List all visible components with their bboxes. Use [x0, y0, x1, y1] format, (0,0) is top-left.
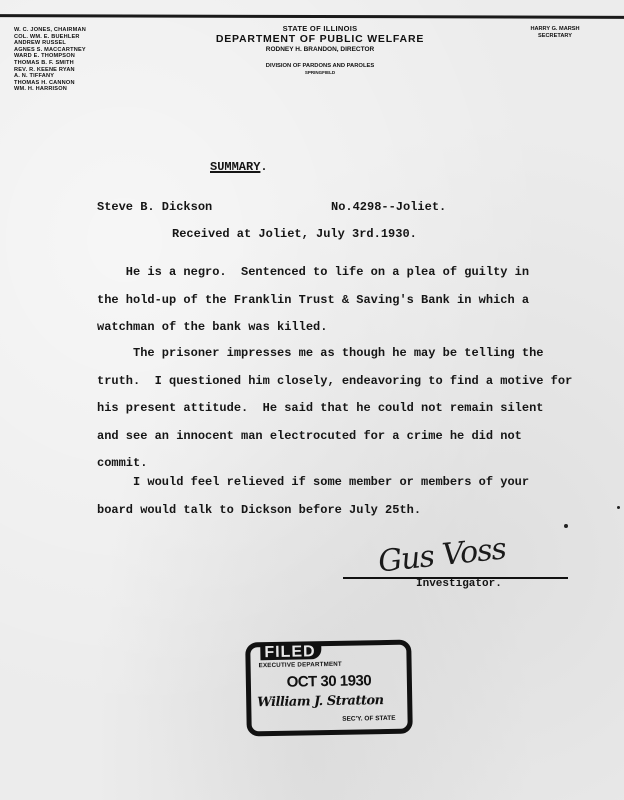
memo-title-suffix: . [260, 160, 267, 174]
filed-stamp: FILED Executive Department OCT 30 1930 W… [245, 640, 413, 737]
signer-title: Investigator. [416, 578, 502, 590]
stamp-filed-label: FILED [260, 644, 321, 660]
paragraph-2: The prisoner impresses me as though he m… [97, 340, 577, 478]
paragraph-3: I would feel relieved if some member or … [97, 469, 577, 524]
board-member: Agnes S. MacCartney [14, 47, 86, 54]
board-member: A. N. Tiffany [14, 73, 86, 80]
letterhead-director: Rodney H. Brandon, Director [180, 46, 460, 54]
letterhead-division: Division of Pardons and Paroles [180, 63, 460, 70]
stamp-date: OCT 30 1930 [251, 672, 407, 692]
prisoner-name: Steve B. Dickson [97, 200, 212, 214]
board-member: Wm. H. Harrison [14, 86, 86, 93]
board-member: Thomas B. F. Smith [14, 60, 86, 67]
board-member: Col. Wm. E. Buehler [14, 34, 86, 41]
ink-speck [564, 524, 568, 528]
board-member: Thomas H. Cannon [14, 80, 86, 87]
received-line: Received at Joliet, July 3rd.1930. [172, 227, 417, 241]
stamp-department: Executive Department [259, 661, 342, 669]
secretary-title: Secretary [500, 33, 610, 40]
text-line: board would talk to Dickson before July … [97, 497, 577, 525]
paragraph-1: He is a negro. Sentenced to life on a pl… [97, 259, 577, 342]
text-line: the hold-up of the Franklin Trust & Savi… [97, 287, 577, 315]
text-line: The prisoner impresses me as though he m… [97, 340, 577, 368]
letterhead-secretary: Harry G. Marsh Secretary [500, 26, 610, 39]
text-line: He is a negro. Sentenced to life on a pl… [97, 259, 577, 287]
letterhead-rule [0, 14, 624, 19]
board-member: Rev. R. Keene Ryan [14, 67, 86, 74]
letterhead-city: Springfield [180, 70, 460, 75]
text-line: truth. I questioned him closely, endeavo… [97, 368, 577, 396]
board-members-list: W. C. Jones, Chairman Col. Wm. E. Buehle… [14, 27, 86, 93]
stamp-signature: William J. Stratton [257, 693, 384, 710]
memo-title-text: SUMMARY [210, 160, 260, 174]
text-line: watchman of the bank was killed. [97, 314, 577, 342]
letterhead: State of Illinois Department of Public W… [180, 24, 460, 75]
prisoner-number: No.4298--Joliet. [331, 200, 446, 214]
text-line: his present attitude. He said that he co… [97, 395, 577, 423]
handwritten-signature: Gus Voss [377, 531, 508, 579]
memo-title: SUMMARY. [210, 160, 268, 174]
board-member: W. C. Jones, Chairman [14, 27, 86, 34]
board-member: Andrew Russel [14, 40, 86, 47]
text-line: I would feel relieved if some member or … [97, 469, 577, 497]
ink-speck [617, 506, 620, 509]
stamp-office: Sec'y. of State [342, 715, 395, 723]
text-line: and see an innocent man electrocuted for… [97, 423, 577, 451]
letterhead-department: Department of Public Welfare [180, 33, 460, 45]
document-page: W. C. Jones, Chairman Col. Wm. E. Buehle… [0, 0, 624, 800]
letterhead-state: State of Illinois [180, 24, 460, 33]
board-member: Ward E. Thompson [14, 53, 86, 60]
